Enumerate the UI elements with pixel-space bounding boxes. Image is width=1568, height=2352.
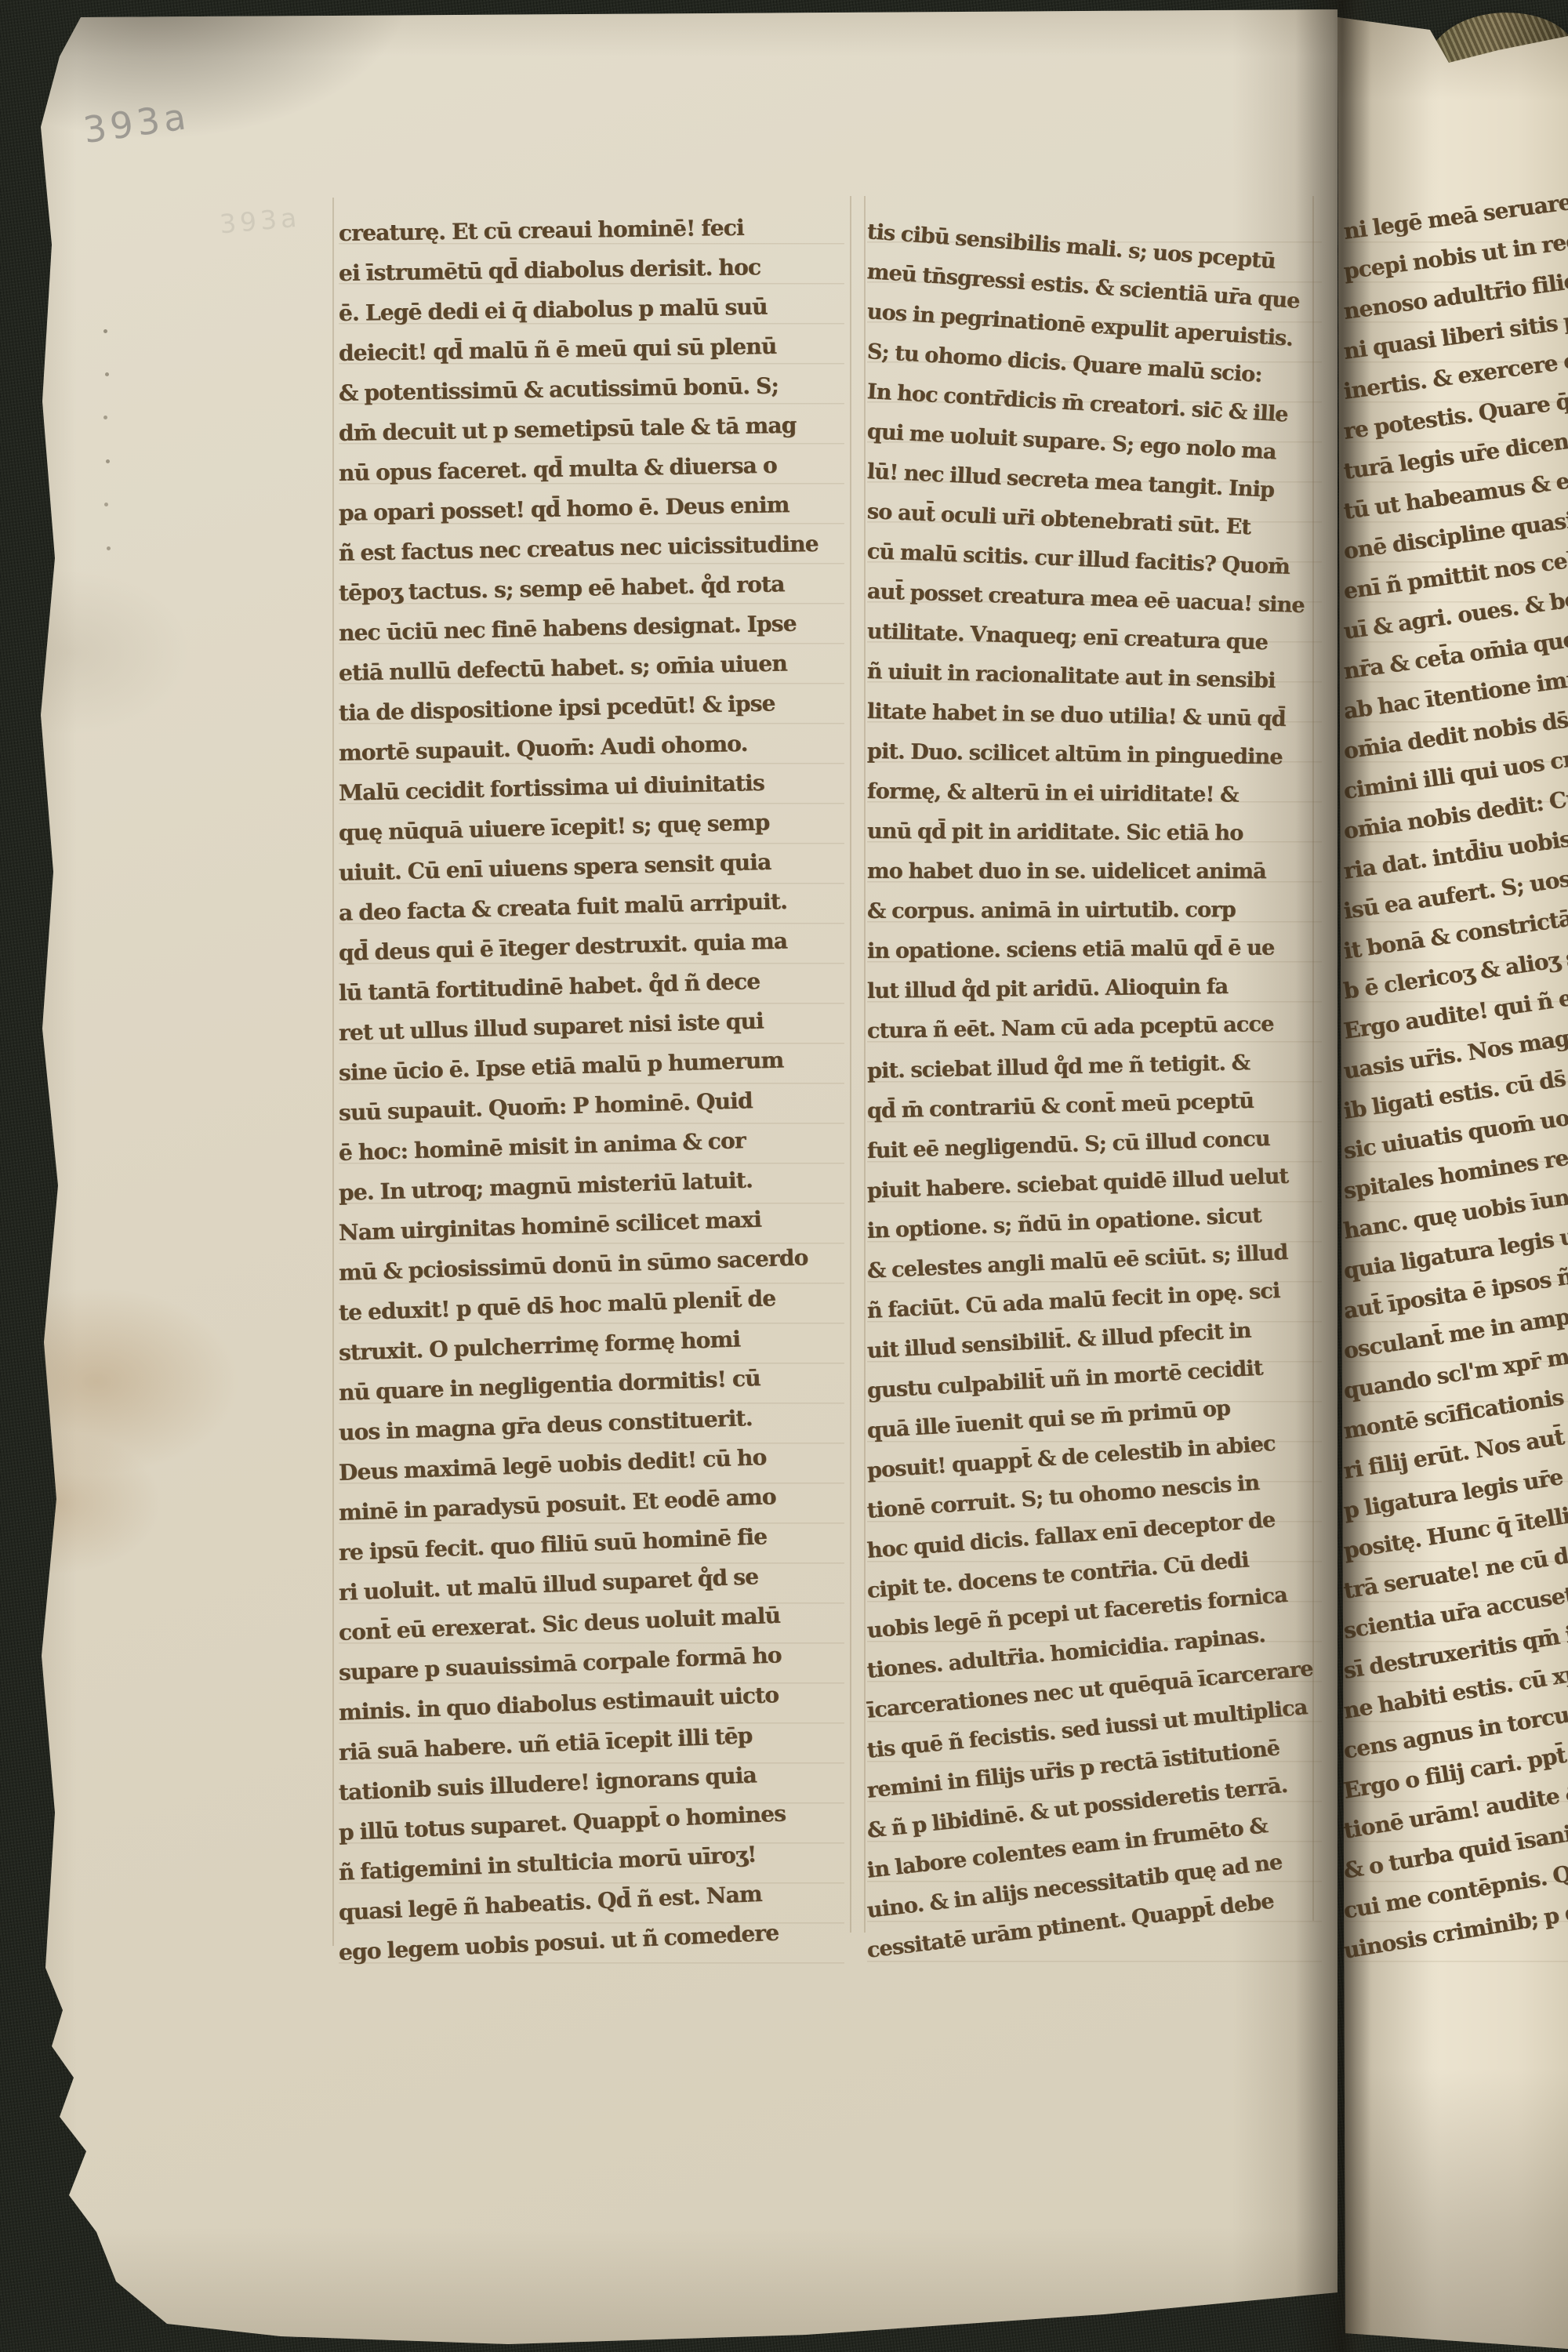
manuscript-text-line: & corpus. animā in uirtutib. corp xyxy=(867,890,1322,931)
ruling-line-vertical xyxy=(850,196,851,1933)
ruling-line-vertical xyxy=(1312,196,1314,1921)
ruling-line-vertical xyxy=(332,198,334,1946)
folio-number-pencil: 393a xyxy=(81,95,192,151)
manuscript-text-line: in opatione. sciens etiā malū qd̄ ē ue xyxy=(867,927,1322,971)
ruling-line-vertical xyxy=(864,196,866,1933)
text-column-1: creaturę. Et cū creaui hominē! feciei īs… xyxy=(339,213,844,1973)
folio-number-ghost: 393a xyxy=(218,202,301,240)
right-page: ni legē meā seruare. & ñpcepi nobis ut i… xyxy=(1338,6,1568,2349)
manuscript-text-line: unū qd̄ pit in ariditate. Sic etiā ho xyxy=(867,811,1322,854)
manuscript-photo: 393a 393a creaturę. Et cū creaui hominē!… xyxy=(0,0,1568,2352)
text-column-2: tis cibū sensibilis mali. s; uos pceptūm… xyxy=(867,212,1322,1971)
manuscript-text-line: formę, & alterū in ei uiriditate! & xyxy=(867,771,1322,816)
right-page-text-column: ni legē meā seruare. & ñpcepi nobis ut i… xyxy=(1344,212,1568,1971)
manuscript-text-line: mo habet duo in se. uidelicet animā xyxy=(867,851,1322,891)
left-page: 393a 393a creaturę. Et cū creaui hominē!… xyxy=(22,9,1338,2344)
prick-marks xyxy=(103,329,107,333)
manuscript-text-line: pit. Duo. scilicet altūm in pinguedine xyxy=(867,731,1323,778)
